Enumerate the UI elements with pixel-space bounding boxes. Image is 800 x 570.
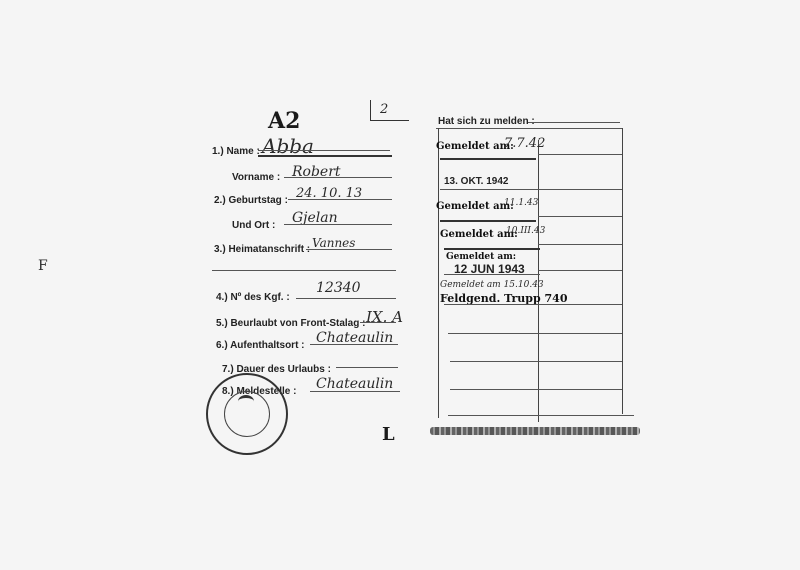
field-label-heimatanschrift: 3.) Heimatanschrift : (214, 244, 310, 255)
field-value-heimatanschrift: Vannes (312, 236, 355, 250)
entry-value-6: Gemeldet am 15.10.43 (440, 280, 544, 290)
ink-smudge (430, 427, 640, 435)
field-label-stalag: 5.) Beurlaubt von Front-Stalag : (216, 318, 365, 329)
top-code: A2 (268, 108, 300, 134)
entry-value-1: 7.7.42 (504, 136, 545, 151)
field-label-vorname: Vorname : (232, 172, 280, 183)
field-label-kgf: 4.) Nº des Kgf. : (216, 292, 290, 303)
entry-label-5: Gemeldet am: (446, 252, 516, 262)
entry-value-3: 11.1.43 (504, 198, 538, 208)
box-number-frame (370, 100, 409, 121)
field-label-aufenthaltsort: 6.) Aufenthaltsort : (216, 340, 305, 351)
margin-mark: F (38, 258, 48, 274)
document-sheet: F A2 2 1.) Name : Abba Vorname : Robert … (0, 0, 800, 570)
field-value-stalag: IX. A (366, 308, 403, 326)
field-label-geburtstag: 2.) Geburtstag : (214, 195, 288, 206)
field-value-kgf: 12340 (316, 280, 361, 296)
field-value-meldestelle: Chateaulin (316, 376, 393, 392)
seal-emblem-icon (238, 395, 254, 408)
official-seal (206, 373, 288, 455)
entry-value-4: 10.III.43 (506, 226, 545, 236)
entry-label-1: Gemeldet am: (436, 141, 514, 152)
entry-stamp-date-1: 13. OKT. 1942 (444, 176, 508, 187)
corner-mark: L (382, 424, 395, 445)
header-label: Hat sich zu melden : (438, 116, 535, 127)
field-label-name: 1.) Name : (212, 146, 260, 157)
field-label-ort: Und Ort : (232, 220, 275, 231)
entry-label-3: Gemeldet am: (436, 201, 514, 212)
box-number: 2 (380, 102, 388, 117)
